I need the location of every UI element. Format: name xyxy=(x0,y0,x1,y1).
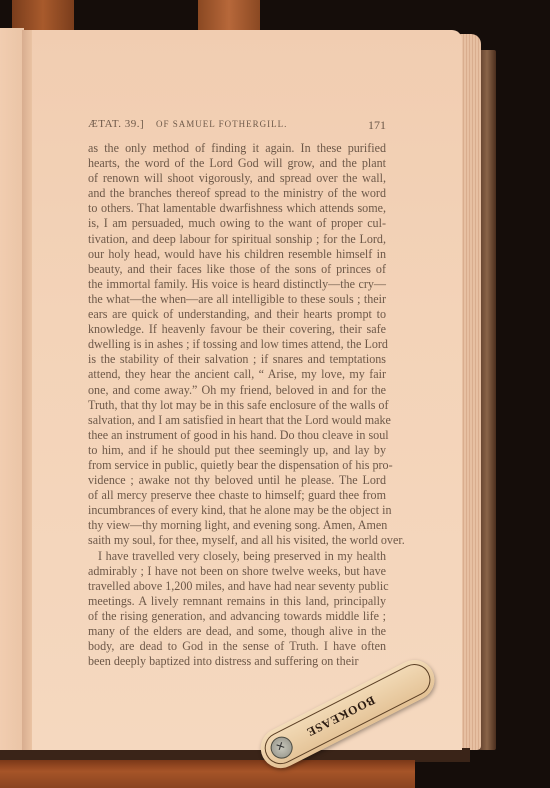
text-line: from service in public, quietly bear the… xyxy=(88,458,386,473)
text-line: of all mercy preserve thee chaste to him… xyxy=(88,488,386,503)
text-line: of the rising generation, and advancing … xyxy=(88,609,386,624)
text-line: incumbrances of every kind, that he alon… xyxy=(88,503,386,518)
text-line: to him, and if he should put thee seemin… xyxy=(88,443,386,458)
text-line: saith my soul, for thee, myself, and all… xyxy=(88,533,386,548)
text-line: attend, they hear the ancient call, “ Ar… xyxy=(88,367,386,382)
text-line: thee an instrument of good in his hand. … xyxy=(88,428,386,443)
left-page xyxy=(0,28,24,750)
text-line: our holy head, would have his children r… xyxy=(88,247,386,262)
text-line: the what—the when—are all intelligible t… xyxy=(88,292,386,307)
text-line: body, are dead to God in the sense of Tr… xyxy=(88,639,386,654)
text-line: many of the elders are dead, and some, t… xyxy=(88,624,386,639)
text-line: tivation, and deep labour for spiritual … xyxy=(88,232,386,247)
text-line: the immortal family. His voice is heard … xyxy=(88,277,386,292)
book-stand-base xyxy=(0,760,415,788)
text-line: I have travelled very closely, being pre… xyxy=(88,549,386,564)
text-line: dwelling is in ashes ; if tossing and lo… xyxy=(88,337,386,352)
text-line: Truth, that thy lot may be in this safe … xyxy=(88,398,386,413)
text-line: is the stability of their salvation ; if… xyxy=(88,352,386,367)
text-line: admirably ; I have not been on shore twe… xyxy=(88,564,386,579)
text-line: been deeply baptized into distress and s… xyxy=(88,654,386,669)
body-text: as the only method of finding it again. … xyxy=(88,141,386,669)
text-line: to others. That lamentable dwarfishness … xyxy=(88,201,386,216)
text-line: beauty, and their faces like those of th… xyxy=(88,262,386,277)
book-stand-center-post xyxy=(198,0,260,34)
running-head: ÆTAT. 39.] OF SAMUEL FOTHERGILL. 171 xyxy=(88,118,386,136)
text-line: one, and come away.” Oh my friend, belov… xyxy=(88,383,386,398)
text-line: is, I am persuaded, much owing to the wa… xyxy=(88,216,386,231)
text-line: travelled above 1,200 miles, and have ha… xyxy=(88,579,386,594)
text-line: vidence ; awake not thy beloved until he… xyxy=(88,473,386,488)
text-line: ears are quick of understanding, and the… xyxy=(88,307,386,322)
running-head-title: OF SAMUEL FOTHERGILL. xyxy=(156,119,287,129)
text-line: and the branches thereof spread to the m… xyxy=(88,186,386,201)
text-line: knowledge. If heavenly favour be their c… xyxy=(88,322,386,337)
text-line: thy view—thy morning light, and evening … xyxy=(88,518,386,533)
running-head-left: ÆTAT. 39.] xyxy=(88,118,144,130)
text-line: of renown will shoot vigorously, and spr… xyxy=(88,171,386,186)
text-line: meetings. A lively remnant remains in th… xyxy=(88,594,386,609)
page-number: 171 xyxy=(368,118,386,133)
screw-icon: ✕ xyxy=(274,739,288,755)
text-line: hearts, the word of the Lord God will gr… xyxy=(88,156,386,171)
text-line: salvation, and I am satisfied in heart t… xyxy=(88,413,386,428)
text-line: as the only method of finding it again. … xyxy=(88,141,386,156)
